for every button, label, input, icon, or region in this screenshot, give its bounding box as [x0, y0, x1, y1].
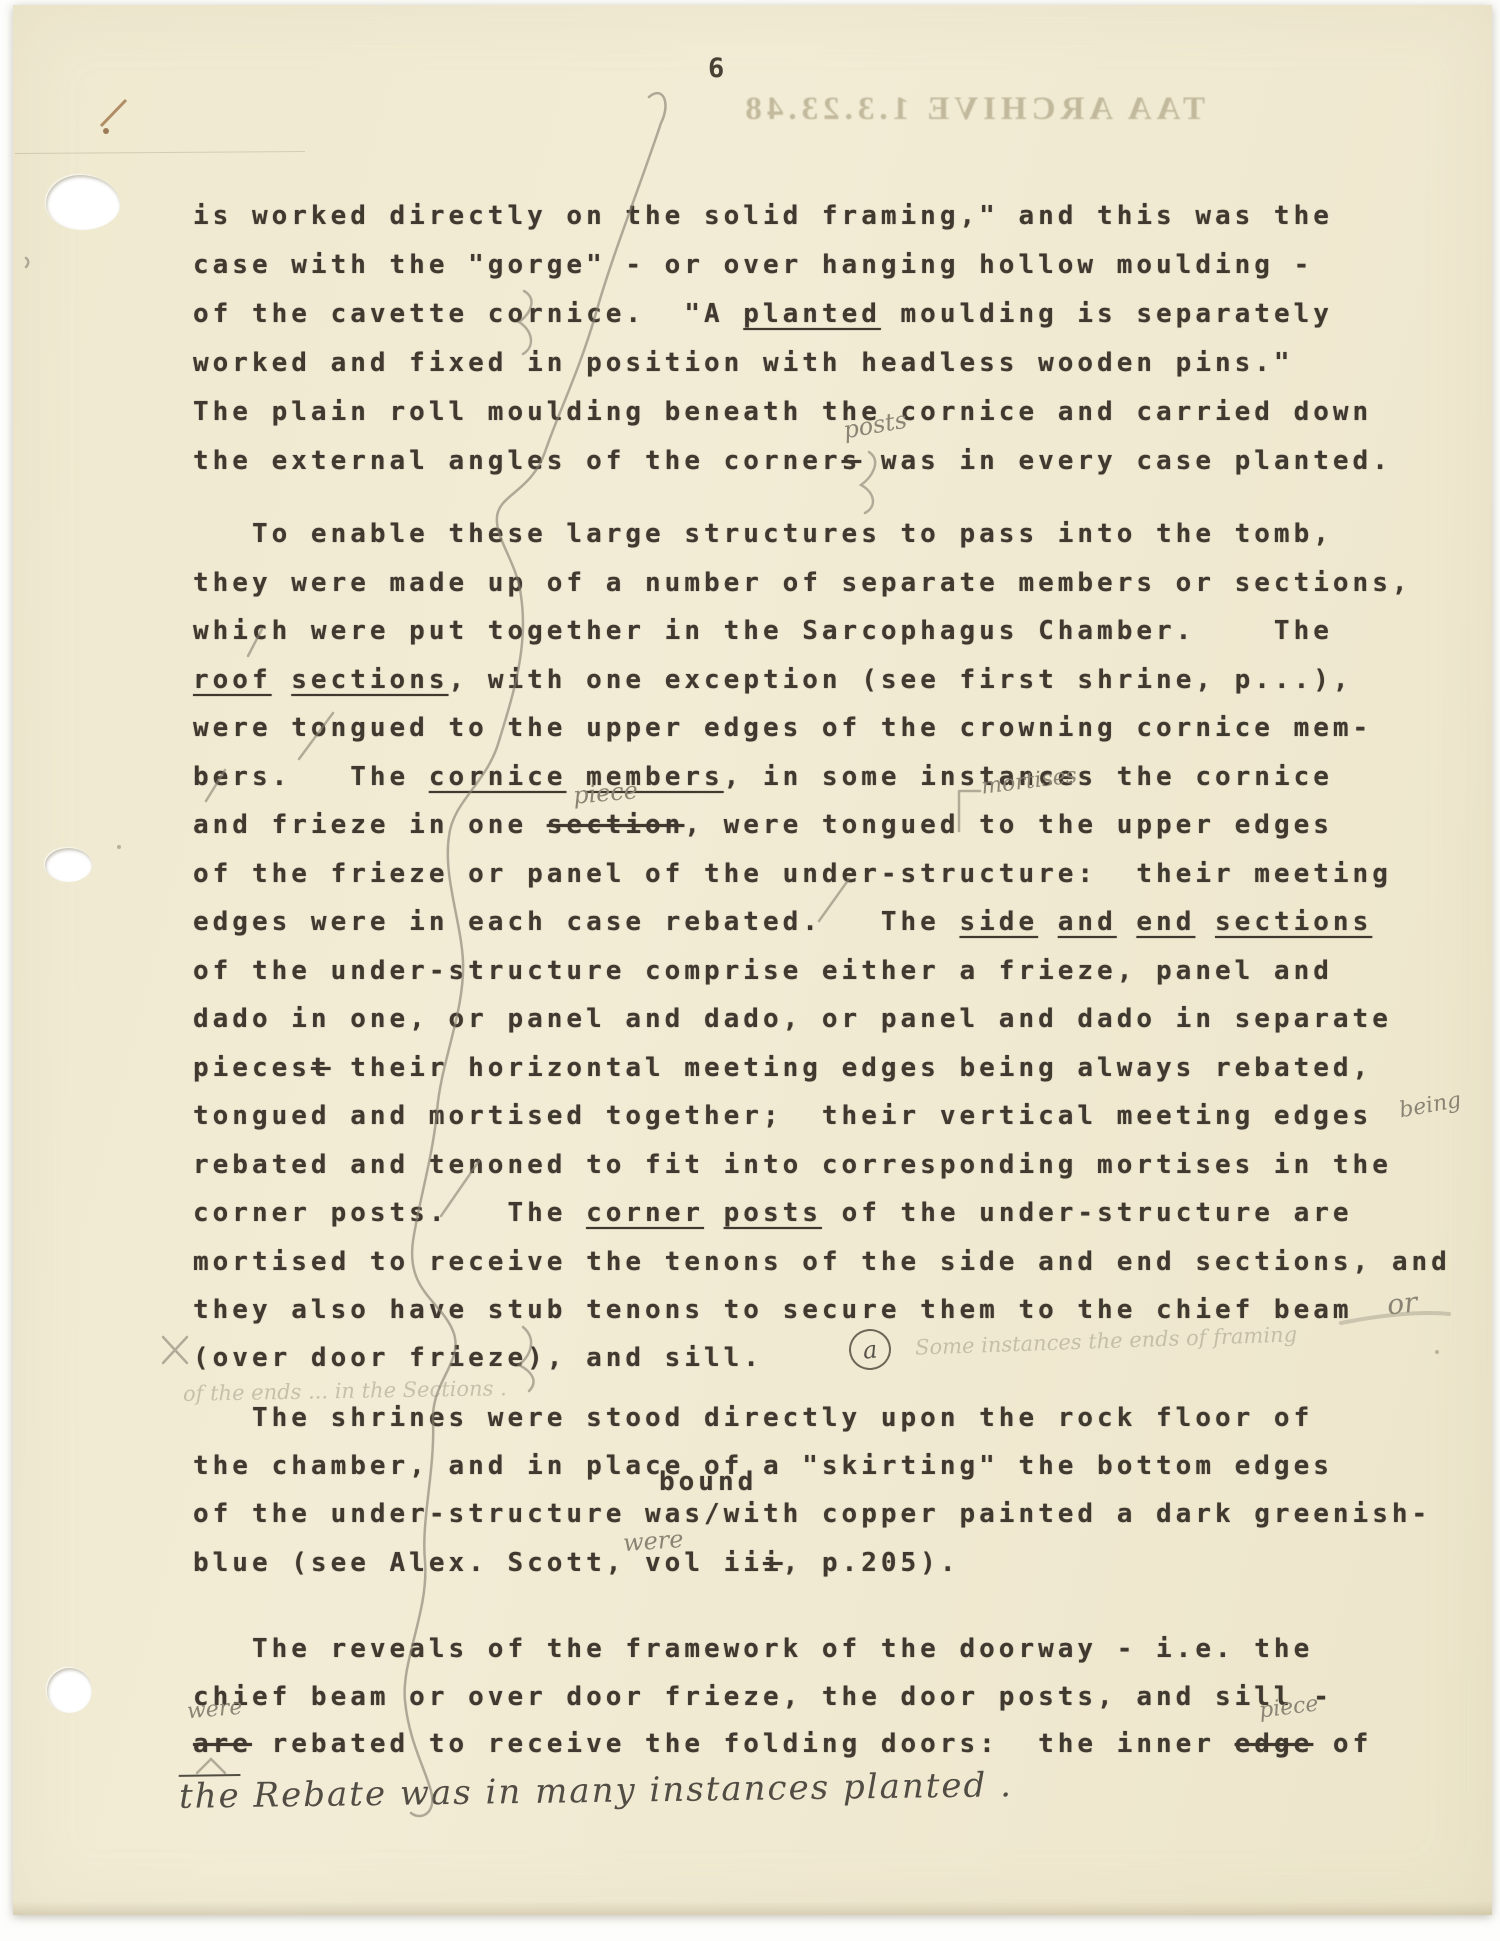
pencil-annotation: Some instances the ends of framing [915, 1322, 1298, 1359]
text-segment: were tongued to the upper edges of the c… [193, 713, 1372, 743]
typed-line: bers. The cornice members, in some insta… [193, 762, 1333, 792]
text-segment: rebated to receive the folding doors: th… [252, 1729, 1235, 1759]
page-number: 6 [708, 53, 726, 84]
document-page: 6 TAA ARCHIVE 1.3.23.48 a the Rebate was… [13, 5, 1492, 1915]
circled-footnote-mark: a [847, 1327, 893, 1372]
text-segment: the [179, 1776, 241, 1817]
struck-text: are [193, 1729, 252, 1759]
text-segment [704, 1198, 724, 1228]
text-segment: dado in one, or panel and dado, or panel… [193, 1004, 1392, 1034]
text-segment: the external angles of the corner [193, 446, 842, 476]
text-segment: bers. The [193, 762, 429, 792]
text-segment: corner posts. The [193, 1198, 586, 1228]
underlined-text: posts [724, 1198, 822, 1228]
text-segment: To enable these large structures to pass… [193, 519, 1333, 549]
text-segment: (over door frieze), and sill. [193, 1343, 763, 1373]
text-segment: The shrines were stood directly upon the… [193, 1403, 1313, 1433]
typed-line: is worked directly on the solid framing,… [193, 201, 1333, 231]
typed-line: piecest their horizontal meeting edges b… [193, 1053, 1372, 1083]
typed-line: edges were in each case rebated. The sid… [193, 907, 1372, 937]
typed-line: they also have stub tenons to secure the… [193, 1295, 1353, 1325]
underlined-text: sections [1215, 907, 1372, 937]
text-segment: worked and fixed in position with headle… [193, 348, 1294, 378]
struck-text: i [763, 1548, 783, 1578]
underlined-text: planted [743, 299, 881, 329]
text-segment: , p.205). [783, 1548, 960, 1578]
text-segment: moulding is separately [881, 299, 1333, 329]
text-segment: was in every case planted. [861, 446, 1392, 476]
typed-line: of the cavette cornice. "A planted mould… [193, 299, 1333, 329]
text-segment: rebated and tenoned to fit into correspo… [193, 1150, 1392, 1180]
scanned-document: 6 TAA ARCHIVE 1.3.23.48 a the Rebate was… [0, 0, 1500, 1941]
typed-line: are rebated to receive the folding doors… [193, 1729, 1372, 1759]
typed-line: roof sections, with one exception (see f… [193, 665, 1353, 695]
text-segment: their horizontal meeting edges being alw… [331, 1053, 1373, 1083]
text-segment: tongued and mortised together; their ver… [193, 1101, 1372, 1131]
pencil-annotation: being [1397, 1088, 1463, 1123]
pencil-annotation: of the ends ... in the Sections . [183, 1376, 507, 1406]
typed-line: they were made up of a number of separat… [193, 568, 1412, 598]
underlined-text: sections [291, 665, 448, 695]
typed-line: mortised to receive the tenons of the si… [193, 1247, 1451, 1277]
text-segment: which were put together in the Sarcophag… [193, 616, 1333, 646]
typed-line: which were put together in the Sarcophag… [193, 616, 1333, 646]
text-segment: The plain roll moulding beneath the corn… [193, 397, 1372, 427]
typed-line: The plain roll moulding beneath the corn… [193, 397, 1372, 427]
underlined-text: cornice [429, 762, 567, 792]
typed-line: the external angles of the corners was i… [193, 446, 1392, 476]
typed-line: To enable these large structures to pass… [193, 519, 1333, 549]
typed-line: blue (see Alex. Scott, vol iii, p.205). [193, 1548, 960, 1578]
underlined-text: side [959, 907, 1038, 937]
text-segment: of [1313, 1729, 1372, 1759]
underlined-text: roof [193, 665, 272, 695]
typed-line: and frieze in one section, were tongued … [193, 810, 1333, 840]
text-segment: , were tongued to the upper edges [684, 810, 1333, 840]
punch-hole-bottom [47, 1668, 92, 1713]
typed-line: The reveals of the framework of the door… [193, 1634, 1313, 1664]
text-segment: they also have stub tenons to secure the… [193, 1295, 1353, 1325]
text-segment [1038, 907, 1058, 937]
text-segment: chief beam or over door frieze, the door… [193, 1682, 1333, 1712]
typed-line: of the under-structure was/with copper p… [193, 1499, 1431, 1529]
text-segment: they were made up of a number of separat… [193, 568, 1412, 598]
typed-insertion: bound [659, 1467, 757, 1497]
archive-stamp-showthrough: TAA ARCHIVE 1.3.23.48 [711, 91, 1205, 128]
paper-crease [15, 151, 305, 154]
text-segment: edges were in each case rebated. The [193, 907, 959, 937]
underlined-text: corner [586, 1198, 704, 1228]
pencil-annotation: were [186, 1695, 243, 1725]
struck-text: s [842, 446, 862, 476]
struck-text: section [547, 810, 685, 840]
punch-hole-middle [45, 848, 92, 882]
text-segment: the chamber, and in place of a "skirting… [193, 1451, 1333, 1481]
underlined-text: end [1136, 907, 1195, 937]
typed-line: of the frieze or panel of the under-stru… [193, 859, 1392, 889]
typed-line: dado in one, or panel and dado, or panel… [193, 1004, 1392, 1034]
text-segment: case with the "gorge" - or over hanging … [193, 250, 1313, 280]
text-segment: of the under-structure comprise either a… [193, 956, 1333, 986]
pencil-annotation: piece [572, 776, 639, 810]
typed-line: the chamber, and in place of a "skirting… [193, 1451, 1333, 1481]
typed-line: (over door frieze), and sill. [193, 1343, 763, 1373]
typed-line: chief beam or over door frieze, the door… [193, 1682, 1333, 1712]
text-segment [1195, 907, 1215, 937]
struck-text: t [311, 1053, 331, 1083]
typed-line: The shrines were stood directly upon the… [193, 1403, 1313, 1433]
text-segment: of the frieze or panel of the under-stru… [193, 859, 1392, 889]
text-segment [1117, 907, 1137, 937]
typed-line: of the under-structure comprise either a… [193, 956, 1333, 986]
text-segment: pieces [193, 1053, 311, 1083]
footnote-letter: a [861, 1335, 878, 1364]
text-segment: of the under-structure are [822, 1198, 1353, 1228]
text-segment: , with one exception (see first shrine, … [449, 665, 1353, 695]
struck-text: edge [1235, 1729, 1314, 1759]
text-segment [272, 665, 292, 695]
text-segment: mortised to receive the tenons of the si… [193, 1247, 1451, 1277]
typed-line: tongued and mortised together; their ver… [193, 1101, 1372, 1131]
typed-line: corner posts. The corner posts of the un… [193, 1198, 1353, 1228]
pencil-annotation: were [622, 1525, 684, 1557]
text-segment: and frieze in one [193, 810, 547, 840]
typed-line: case with the "gorge" - or over hanging … [193, 250, 1313, 280]
text-segment: is worked directly on the solid framing,… [193, 201, 1333, 231]
text-segment: of the under-structure was/with copper p… [193, 1499, 1431, 1529]
pencil-annotation: or [1385, 1286, 1419, 1322]
text-segment: Rebate was in many instances planted . [240, 1765, 1013, 1816]
text-segment: of the cavette cornice. "A [193, 299, 743, 329]
handwritten-ink-line: the Rebate was in many instances planted… [179, 1765, 1013, 1817]
typed-line: were tongued to the upper edges of the c… [193, 713, 1372, 743]
typed-line: worked and fixed in position with headle… [193, 348, 1294, 378]
underlined-text: and [1058, 907, 1117, 937]
text-segment: The reveals of the framework of the door… [193, 1634, 1313, 1664]
typed-line: rebated and tenoned to fit into correspo… [193, 1150, 1392, 1180]
